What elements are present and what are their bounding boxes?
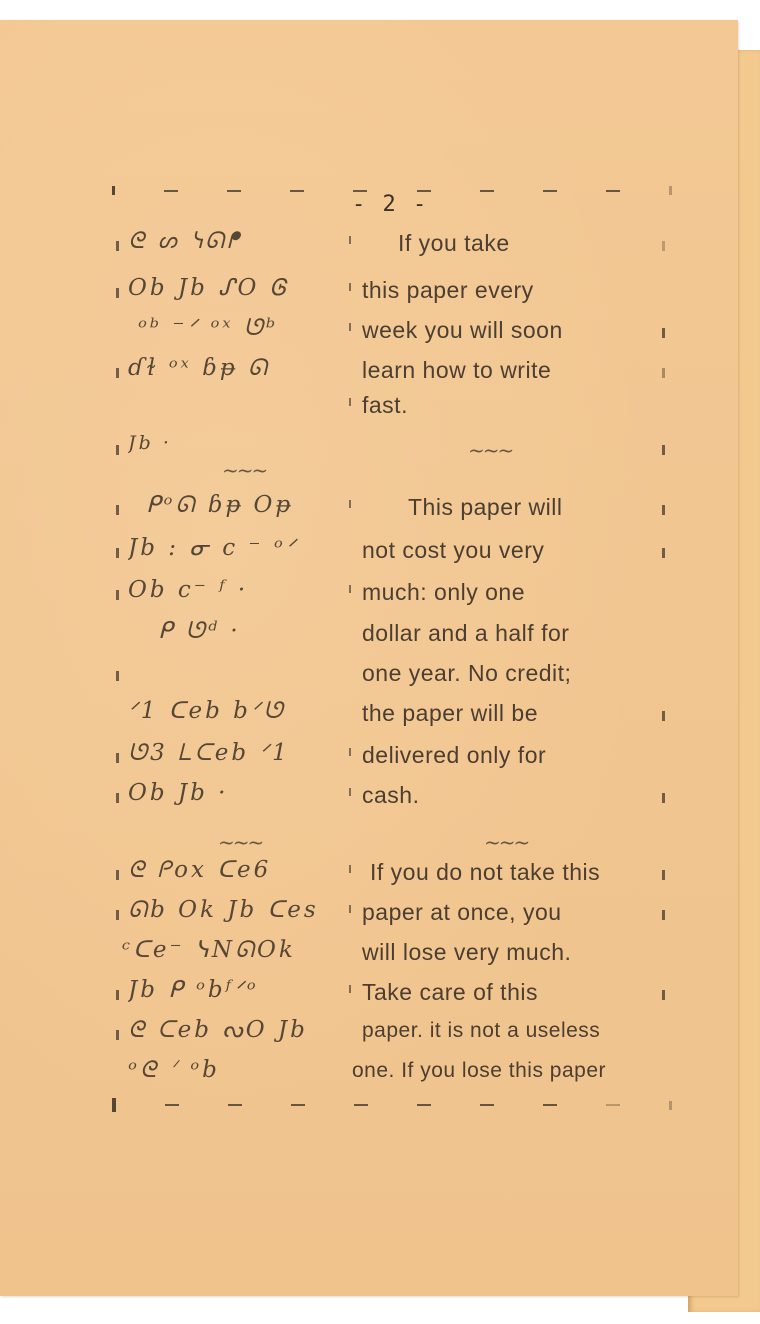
shorthand-text (128, 658, 343, 694)
text-line: Ob Jb ᔑO Ꮆ this paper every (0, 275, 738, 311)
longhand-text: fast. (362, 392, 662, 419)
shorthand-text: Ob c⁻ ᶠ · (128, 577, 343, 613)
text-line: ᘓ ᔕ ᓭᘏᖰ If you take (0, 228, 738, 264)
shorthand-text (128, 390, 343, 426)
text-line: fast. (0, 390, 738, 426)
longhand-text: learn how to write (362, 357, 662, 384)
text-line: ᵒᘓ ᐟ ᵒb one. If you lose this paper (0, 1057, 738, 1093)
section-mark: ~~~ (222, 458, 266, 482)
text-line: Ob Jb · cash. (0, 780, 738, 816)
longhand-text: paper. it is not a useless (362, 1019, 662, 1043)
shorthand-text: Jb ᑭ ᵒbᶠᐟᵒ (128, 977, 343, 1013)
longhand-text: If you take (398, 230, 698, 257)
shorthand-text: ᘓ ᔕ ᓭᘏᖰ (128, 228, 343, 264)
page-number: - 2 - (352, 192, 428, 217)
shorthand-text: ᑭᵒᘏ ɓᵽ Oᵽ (146, 492, 361, 528)
shorthand-text: ᵒᵇ ⁻ᐟ ᵒˣ ᘎᵇ (138, 315, 353, 351)
shorthand-text: ᶜᑕe⁻ ᓭNᘏOk (122, 937, 337, 973)
text-line: one year. No credit; (0, 658, 738, 694)
shorthand-text: ᐟ1 ᑕeb bᐟᘎ (128, 698, 343, 734)
longhand-text: this paper every (362, 277, 662, 304)
text-line: ᑭᵒᘏ ɓᵽ Oᵽ This paper will (0, 492, 738, 528)
longhand-text: the paper will be (362, 700, 662, 727)
shorthand-text: Ob Jb ᔑO Ꮆ (128, 275, 343, 311)
text-line: ɗɫ ᵒˣ ɓᵽ ᘏ learn how to write (0, 355, 738, 391)
longhand-text: will lose very much. (362, 939, 662, 966)
shorthand-text: ᘓ ᑕeb ᔓO Jb (128, 1017, 343, 1053)
bottom-dashed-border (112, 1098, 672, 1112)
longhand-text: Take care of this (362, 979, 662, 1006)
text-line: ᘓ ᑭox ᑕe6 If you do not take this (0, 857, 738, 893)
shorthand-text: ᘎ3 ᒪᑕeb ᐟ1 (128, 740, 343, 776)
longhand-text: week you will soon (362, 317, 662, 344)
shorthand-text: Ob Jb · (128, 780, 343, 816)
longhand-text: one. If you lose this paper (352, 1059, 652, 1083)
longhand-text: cash. (362, 782, 662, 809)
longhand-text: delivered only for (362, 742, 662, 769)
longhand-text: paper at once, you (362, 899, 662, 926)
shorthand-text: Jb : ᓂ c ⁻ ᵒᐟ (128, 535, 343, 571)
longhand-text: one year. No credit; (362, 660, 662, 687)
shorthand-text: ᵒᘓ ᐟ ᵒb (128, 1057, 343, 1093)
text-line: ᐟ1 ᑕeb bᐟᘎ the paper will be (0, 698, 738, 734)
longhand-text: much: only one (362, 579, 662, 606)
section-mark: ~~~ (218, 830, 262, 854)
text-line: ᵒᵇ ⁻ᐟ ᵒˣ ᘎᵇ week you will soon (0, 315, 738, 351)
text-line: ᶜᑕe⁻ ᓭNᘏOk will lose very much. (0, 937, 738, 973)
text-line: ᘎ3 ᒪᑕeb ᐟ1 delivered only for (0, 740, 738, 776)
text-line: Jb · (0, 432, 738, 468)
shorthand-text: ᘓ ᑭox ᑕe6 (128, 857, 343, 893)
longhand-text: dollar and a half for (362, 620, 662, 647)
text-line: Jb ᑭ ᵒbᶠᐟᵒ Take care of this (0, 977, 738, 1013)
longhand-text: not cost you very (362, 537, 662, 564)
shorthand-text: ɗɫ ᵒˣ ɓᵽ ᘏ (128, 355, 343, 391)
section-mark: ~~~ (484, 830, 528, 854)
text-line: ᑭ ᘎᵈ · dollar and a half for (0, 618, 738, 654)
text-line: ᘓ ᑕeb ᔓO Jb paper. it is not a useless (0, 1017, 738, 1053)
shorthand-text: ᘏb Ok Jb ᑕes (128, 897, 343, 933)
text-line: Ob c⁻ ᶠ · much: only one (0, 577, 738, 613)
shorthand-text: ᑭ ᘎᵈ · (158, 618, 373, 654)
section-mark: ~~~ (468, 438, 512, 462)
text-line: ᘏb Ok Jb ᑕes paper at once, you (0, 897, 738, 933)
longhand-text: If you do not take this (370, 859, 670, 886)
text-line: Jb : ᓂ c ⁻ ᵒᐟ not cost you very (0, 535, 738, 571)
